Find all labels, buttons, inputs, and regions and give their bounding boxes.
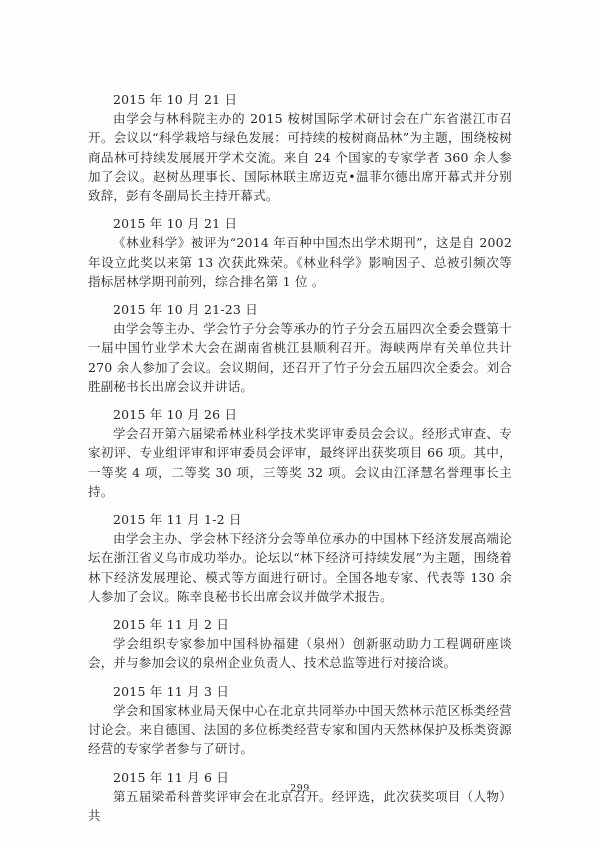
chronicle-entry: 2015 年 11 月 3 日 学会和国家林业局天保中心在北京共同举办中国天然林… <box>88 682 512 759</box>
chronicle-entry: 2015 年 10 月 21 日 《林业科学》被评为“2014 年百种中国杰出学… <box>88 214 512 291</box>
entry-body: 由学会与林科院主办的 2015 桉树国际学术研讨会在广东省湛江市召开。会议以“科… <box>88 109 512 205</box>
entry-date: 2015 年 11 月 3 日 <box>88 682 512 701</box>
entry-body: 学会组织专家参加中国科协福建（泉州）创新驱动助力工程调研座谈会，并与参加会议的泉… <box>88 634 512 672</box>
entry-body: 由学会主办、学会林下经济分会等单位承办的中国林下经济发展高端论坛在浙江省义乌市成… <box>88 529 512 606</box>
chronicle-entries: 2015 年 10 月 21 日 由学会与林科院主办的 2015 桉树国际学术研… <box>88 90 512 825</box>
document-page: 2015 年 10 月 21 日 由学会与林科院主办的 2015 桉树国际学术研… <box>0 0 600 848</box>
entry-date: 2015 年 11 月 2 日 <box>88 615 512 634</box>
entry-date: 2015 年 10 月 21-23 日 <box>88 300 512 319</box>
chronicle-entry: 2015 年 10 月 21 日 由学会与林科院主办的 2015 桉树国际学术研… <box>88 90 512 205</box>
entry-body: 学会和国家林业局天保中心在北京共同举办中国天然林示范区栎类经营讨论会。来自德国、… <box>88 701 512 759</box>
chronicle-entry: 2015 年 10 月 26 日 学会召开第六届梁希林业科学技术奖评审委员会会议… <box>88 405 512 501</box>
chronicle-entry: 2015 年 11 月 6 日 第五届梁希科普奖评审会在北京召开。经评选，此次获… <box>88 768 512 826</box>
entry-body: 由学会等主办、学会竹子分会等承办的竹子分会五届四次全委会暨第十一届中国竹业学术大… <box>88 319 512 396</box>
page-number: 299 <box>88 783 512 794</box>
entry-body: 《林业科学》被评为“2014 年百种中国杰出学术期刊”，这是自 2002 年设立… <box>88 233 512 291</box>
entry-date: 2015 年 11 月 1-2 日 <box>88 510 512 529</box>
entry-date: 2015 年 10 月 21 日 <box>88 214 512 233</box>
entry-date: 2015 年 10 月 26 日 <box>88 405 512 424</box>
chronicle-entry: 2015 年 11 月 2 日 学会组织专家参加中国科协福建（泉州）创新驱动助力… <box>88 615 512 673</box>
chronicle-entry: 2015 年 11 月 1-2 日 由学会主办、学会林下经济分会等单位承办的中国… <box>88 510 512 606</box>
entry-date: 2015 年 10 月 21 日 <box>88 90 512 109</box>
entry-body: 学会召开第六届梁希林业科学技术奖评审委员会会议。经形式审查、专家初评、专业组评审… <box>88 424 512 501</box>
chronicle-entry: 2015 年 10 月 21-23 日 由学会等主办、学会竹子分会等承办的竹子分… <box>88 300 512 396</box>
